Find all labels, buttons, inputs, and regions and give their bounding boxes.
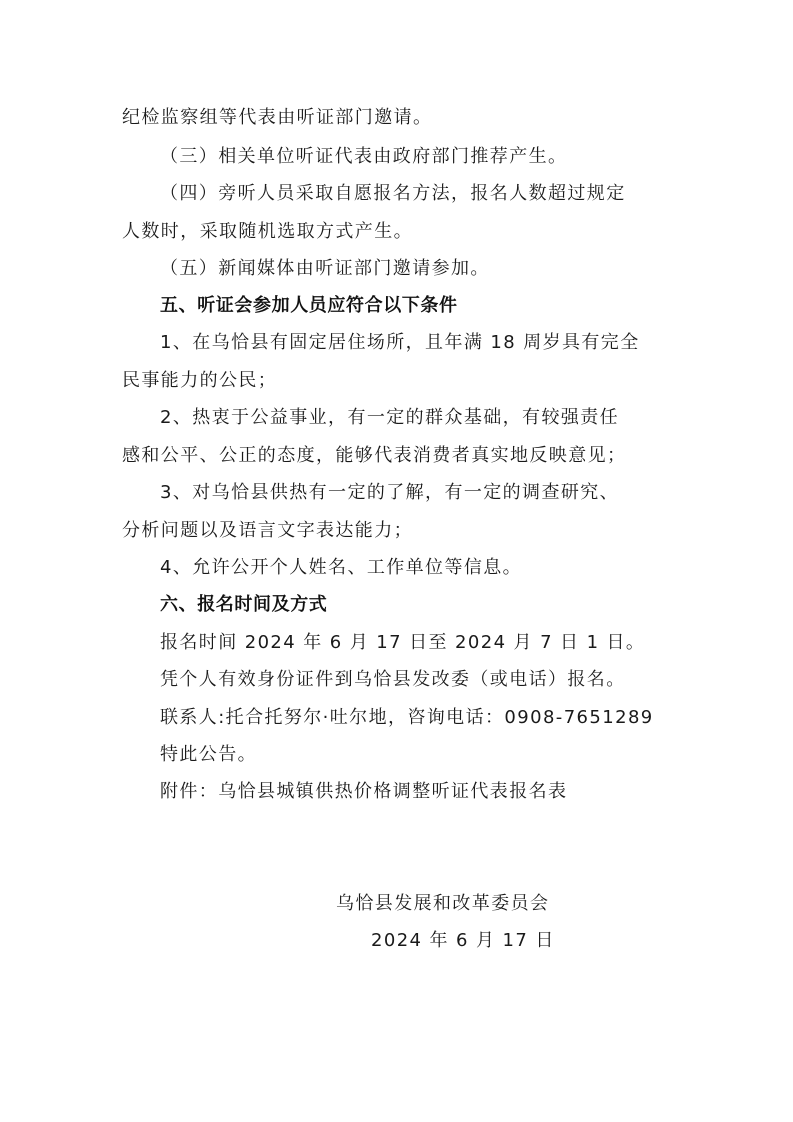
signature-org: 乌恰县发展和改革委员会 — [336, 892, 549, 916]
list-item-line: 2、热衷于公益事业，有一定的群众基础，有较强责任 — [160, 406, 720, 430]
paragraph-line: （三）相关单位听证代表由政府部门推荐产生。 — [160, 145, 720, 169]
paragraph-line: （五）新闻媒体由听证部门邀请参加。 — [160, 257, 720, 281]
signature-date: 2024 年 6 月 17 日 — [371, 929, 555, 953]
registration-method: 凭个人有效身份证件到乌恰县发改委（或电话）报名。 — [160, 668, 720, 692]
list-item-line: 1、在乌恰县有固定居住场所，且年满 18 周岁具有完全 — [160, 331, 720, 355]
document-page: 纪检监察组等代表由听证部门邀请。 （三）相关单位听证代表由政府部门推荐产生。 （… — [0, 0, 793, 1122]
list-item-line: 民事能力的公民； — [122, 369, 682, 393]
list-item-line: 分析问题以及语言文字表达能力； — [122, 519, 682, 543]
paragraph-line: （四）旁听人员采取自愿报名方法，报名人数超过规定 — [160, 182, 720, 206]
paragraph-line: 人数时，采取随机选取方式产生。 — [122, 220, 682, 244]
list-item-line: 感和公平、公正的态度，能够代表消费者真实地反映意见； — [122, 444, 682, 468]
closing-text: 特此公告。 — [160, 743, 720, 767]
registration-time: 报名时间 2024 年 6 月 17 日至 2024 月 7 日 1 日。 — [160, 631, 720, 655]
attachment-text: 附件：乌恰县城镇供热价格调整听证代表报名表 — [160, 780, 720, 804]
paragraph-line: 纪检监察组等代表由听证部门邀请。 — [122, 106, 682, 130]
contact-info: 联系人:托合托努尔·吐尔地，咨询电话：0908-7651289 — [160, 706, 720, 730]
section-heading: 五、听证会参加人员应符合以下条件 — [160, 294, 720, 318]
section-heading: 六、报名时间及方式 — [160, 593, 720, 617]
list-item-line: 4、允许公开个人姓名、工作单位等信息。 — [160, 556, 720, 580]
list-item-line: 3、对乌恰县供热有一定的了解，有一定的调查研究、 — [160, 481, 720, 505]
